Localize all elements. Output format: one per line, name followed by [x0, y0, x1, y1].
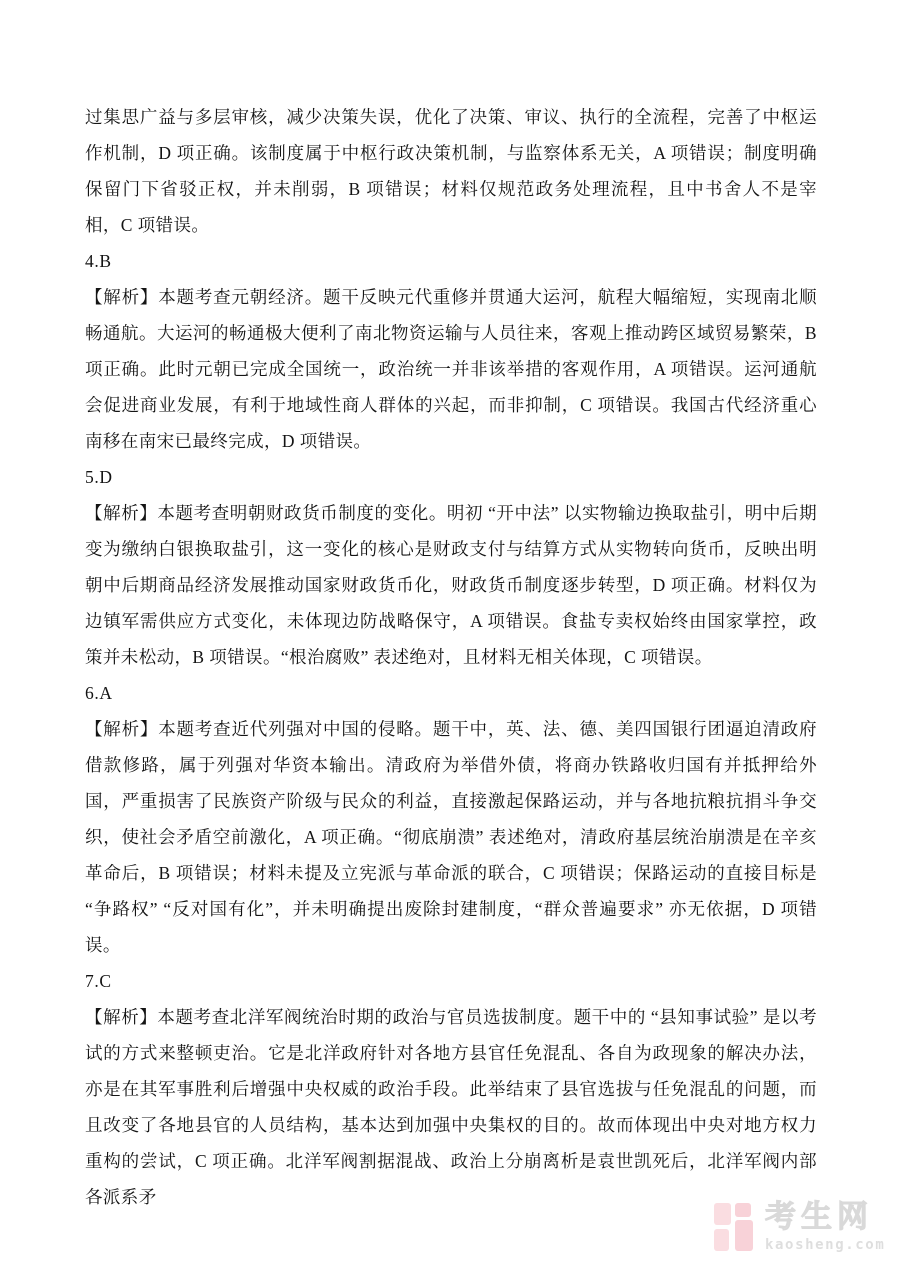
logo-block-bottom-right: [735, 1220, 753, 1251]
answer-number: 7.C: [85, 963, 817, 999]
answer-number: 5.D: [85, 459, 817, 495]
answer-key-page: 过集思广益与多层审核，减少决策失误，优化了决策、审议、执行的全流程，完善了中枢运…: [85, 99, 817, 1215]
logo-block-top-left: [714, 1203, 731, 1225]
answer-section-4: 4.B 【解析】本题考查元朝经济。题干反映元代重修并贯通大运河，航程大幅缩短，实…: [85, 243, 817, 459]
kaosheng-logo-icon: [714, 1201, 754, 1251]
answer-section-5: 5.D 【解析】本题考查明朝财政货币制度的变化。明初 “开中法” 以实物输边换取…: [85, 459, 817, 675]
logo-block-bottom-left: [714, 1229, 729, 1251]
analysis-text: 【解析】本题考查明朝财政货币制度的变化。明初 “开中法” 以实物输边换取盐引，明…: [85, 495, 817, 675]
kaosheng-watermark: 考生网 kaosheng.com: [714, 1201, 885, 1254]
analysis-text: 【解析】本题考查近代列强对中国的侵略。题干中，英、法、德、美四国银行团逼迫清政府…: [85, 711, 817, 963]
answer-section-6: 6.A 【解析】本题考查近代列强对中国的侵略。题干中，英、法、德、美四国银行团逼…: [85, 675, 817, 963]
logo-block-top-right: [735, 1203, 751, 1217]
analysis-text: 【解析】本题考查元朝经济。题干反映元代重修并贯通大运河，航程大幅缩短，实现南北顺…: [85, 279, 817, 459]
watermark-site-name: 考生网: [765, 1201, 885, 1234]
continued-analysis-paragraph: 过集思广益与多层审核，减少决策失误，优化了决策、审议、执行的全流程，完善了中枢运…: [85, 99, 817, 243]
answer-number: 4.B: [85, 243, 817, 279]
watermark-text: 考生网 kaosheng.com: [765, 1201, 885, 1254]
answer-number: 6.A: [85, 675, 817, 711]
answer-section-7: 7.C 【解析】本题考查北洋军阀统治时期的政治与官员选拔制度。题干中的 “县知事…: [85, 963, 817, 1215]
analysis-text: 【解析】本题考查北洋军阀统治时期的政治与官员选拔制度。题干中的 “县知事试验” …: [85, 999, 817, 1215]
watermark-site-url: kaosheng.com: [765, 1236, 885, 1254]
